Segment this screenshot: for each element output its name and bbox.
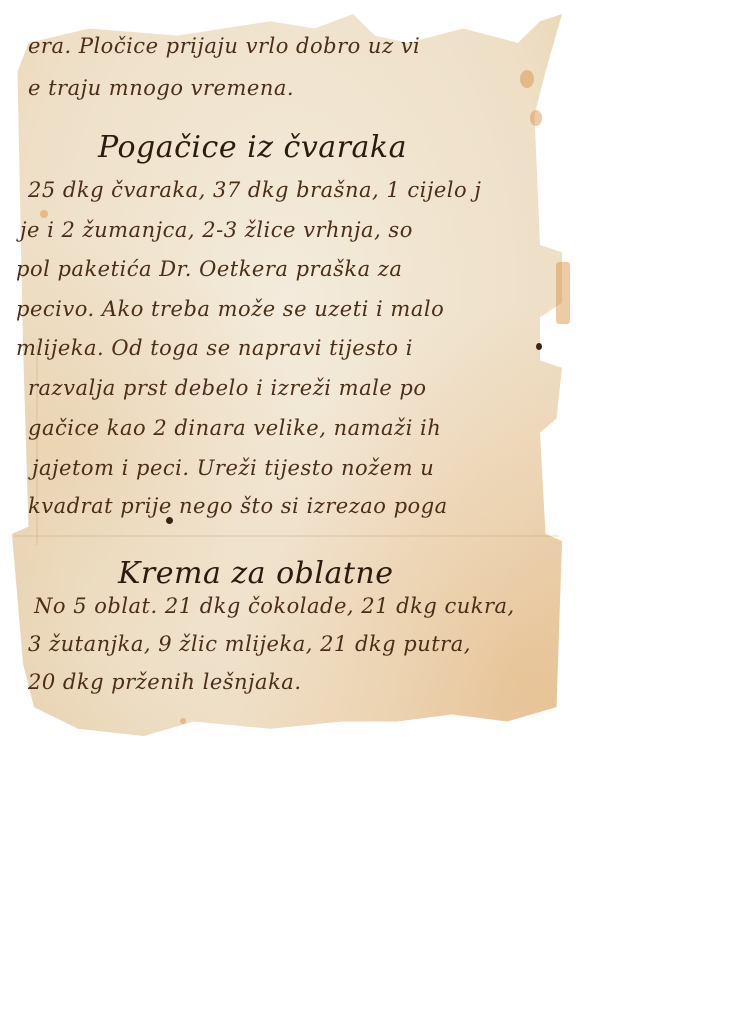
stain-edge-right (556, 262, 570, 324)
ink-blot (166, 517, 173, 524)
recipe-1-line: je i 2 žumanjca, 2-3 žlice vrhnja, so (20, 218, 413, 242)
ink-blot (536, 343, 542, 350)
stain-spot (520, 70, 534, 88)
intro-line-1: era. Pločice prijaju vrlo dobro uz vi (28, 34, 420, 58)
paper-fold-middle (14, 535, 559, 537)
stain-spot (180, 718, 186, 724)
recipe-1-line: razvalja prst debelo i izreži male po (28, 376, 427, 400)
recipe-title-pogacice: Pogačice iz čvaraka (98, 130, 407, 165)
scanned-page: era. Pločice prijaju vrlo dobro uz vi e … (0, 0, 745, 1023)
recipe-1-line: pol paketića Dr. Oetkera praška za (16, 257, 402, 281)
recipe-1-line: kvadrat prije nego što si izrezao poga (28, 494, 448, 518)
recipe-2-line: 3 žutanjka, 9 žlic mlijeka, 21 dkg putra… (28, 632, 471, 656)
recipe-title-krema: Krema za oblatne (118, 556, 393, 591)
recipe-1-line: 25 dkg čvaraka, 37 dkg brašna, 1 cijelo … (28, 178, 481, 202)
recipe-1-line: jajetom i peci. Ureži tijesto nožem u (32, 456, 434, 480)
recipe-2-line: 20 dkg prženih lešnjaka. (28, 670, 302, 694)
aged-paper-sheet (12, 14, 562, 736)
recipe-1-line: pecivo. Ako treba može se uzeti i malo (16, 297, 444, 321)
recipe-1-line: mlijeka. Od toga se napravi tijesto i (16, 336, 413, 360)
recipe-1-line: gačice kao 2 dinara velike, namaži ih (28, 416, 441, 440)
stain-spot (40, 210, 48, 218)
intro-line-2: e traju mnogo vremena. (28, 76, 294, 100)
stain-spot (530, 110, 542, 126)
recipe-2-line: No 5 oblat. 21 dkg čokolade, 21 dkg cukr… (34, 594, 515, 618)
